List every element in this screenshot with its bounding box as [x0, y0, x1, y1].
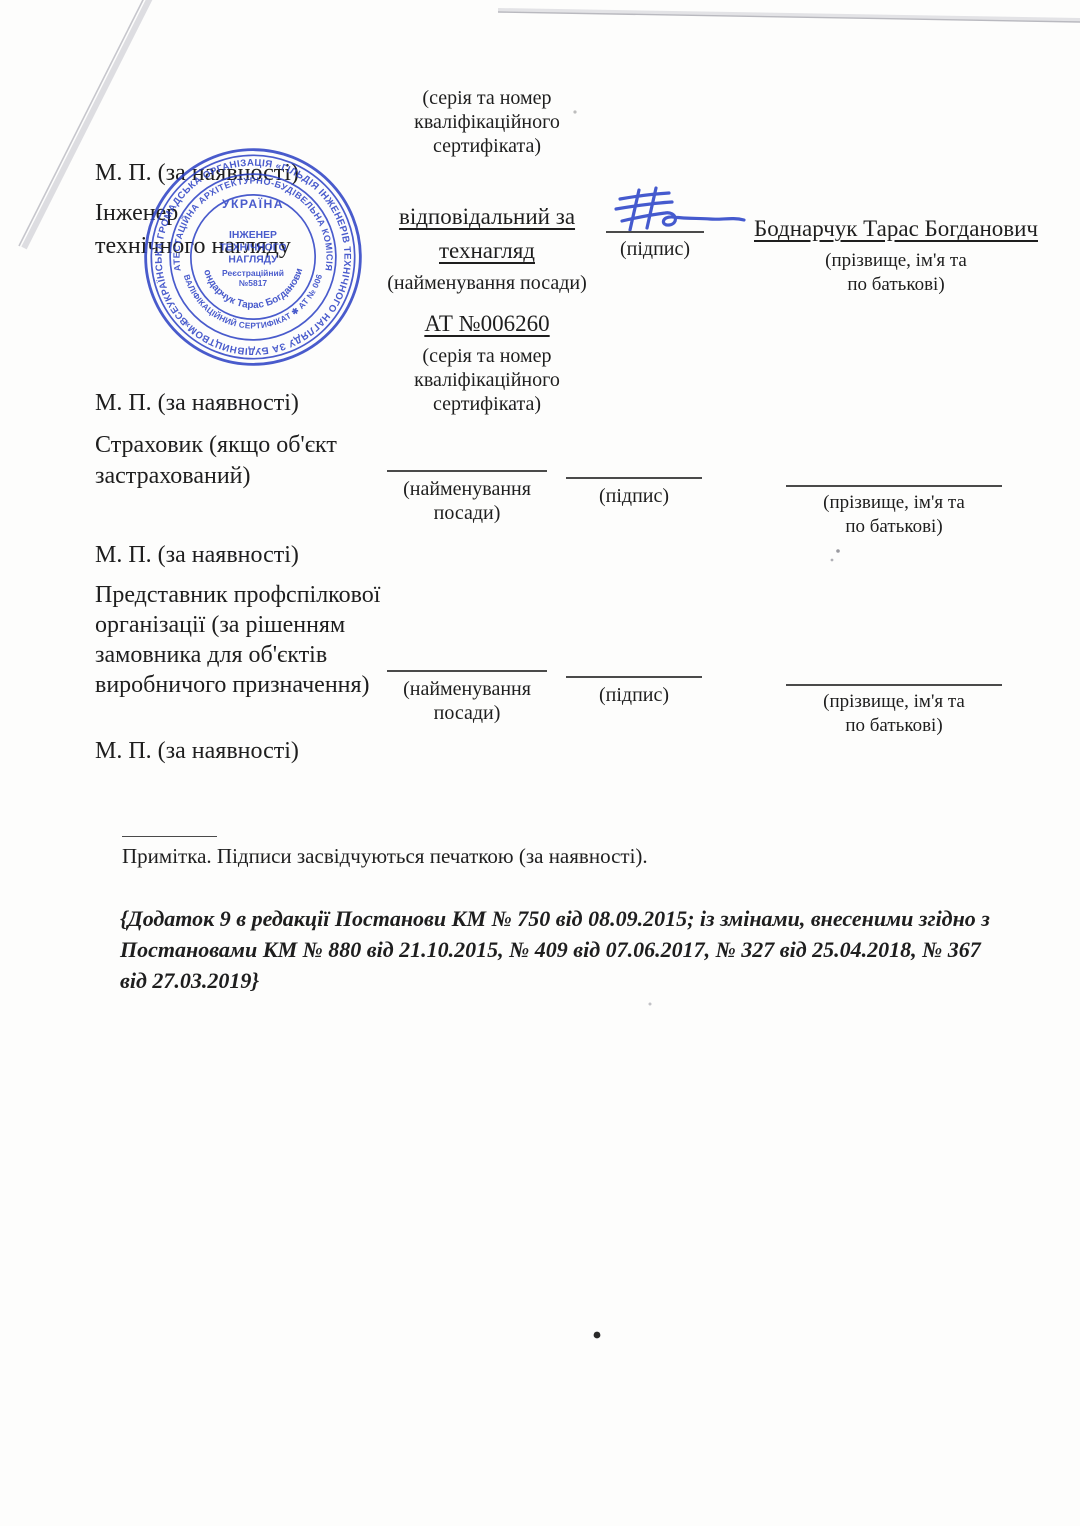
engineer-cert-caption: (серія та номер кваліфікаційного сертифі…: [372, 344, 602, 416]
insurer-name-caption: (прізвище, ім'я та по батькові): [760, 491, 1028, 539]
insurer-role: Страховик (якщо об'єкт застрахований): [95, 430, 337, 492]
top-cert-caption-line2: кваліфікаційного: [378, 110, 596, 134]
union-name-caption-line1: (прізвище, ім'я та: [760, 690, 1028, 714]
stamp-title-line1: ІНЖЕНЕР: [229, 230, 277, 241]
engineer-cert-caption-line3: сертифіката): [372, 392, 602, 416]
stamp-title-line3: НАГЛЯДУ: [228, 255, 278, 266]
insurer-role-line1: Страховик (якщо об'єкт: [95, 430, 337, 461]
engineer-name-caption-line2: по батькові): [750, 273, 1042, 297]
mp-note-insurer: М. П. (за наявності): [95, 388, 299, 419]
insurer-position-line: [387, 470, 547, 472]
union-signature-line: [566, 676, 702, 678]
note-text: Примітка. Підписи засвідчуються печаткою…: [122, 844, 882, 869]
engineer-name-caption-line1: (прізвище, ім'я та: [750, 249, 1042, 273]
insurer-signature-caption: (підпис): [566, 484, 702, 508]
engineer-name-block: Боднарчук Тарас Богданович (прізвище, ім…: [750, 212, 1042, 297]
speck-artifact: [831, 559, 834, 562]
engineer-position-line1: відповідальний за: [372, 200, 602, 234]
insurer-position-caption: (найменування посади): [370, 477, 564, 525]
round-stamp-seal: ВСЕУКРАЇНСЬКА ГРОМАДСЬКА ОРГАНІЗАЦІЯ «ГІ…: [140, 144, 366, 370]
stamp-title-line2: ТЕХНІЧНОГО: [219, 242, 286, 253]
engineer-position-block: відповідальний за технагляд (найменуванн…: [372, 200, 602, 416]
insurer-name-line: [786, 485, 1002, 487]
engineer-position-line2: технагляд: [372, 234, 602, 268]
engineer-full-name: Боднарчук Тарас Богданович: [750, 212, 1042, 246]
top-cert-caption-line1: (серія та номер: [378, 86, 596, 110]
engineer-name-caption: (прізвище, ім'я та по батькові): [750, 249, 1042, 297]
speck-artifact: [836, 549, 840, 553]
engineer-position-caption: (найменування посади): [372, 271, 602, 295]
engineer-certificate-number: АТ №006260: [372, 307, 602, 341]
top-hairline-artifact: [498, 10, 1080, 20]
union-position-line: [387, 670, 547, 672]
amendment-paragraph: {Додаток 9 в редакції Постанови КМ № 750…: [120, 903, 1012, 996]
scanned-document-page: (серія та номер кваліфікаційного сертифі…: [0, 0, 1080, 1526]
engineer-cert-caption-line2: кваліфікаційного: [372, 368, 602, 392]
speck-artifact: [649, 1003, 652, 1006]
union-rep-role-line1: Представник профспілкової: [95, 580, 380, 610]
union-name-caption: (прізвище, ім'я та по батькові): [760, 690, 1028, 738]
engineer-signature-caption: (підпис): [598, 237, 712, 261]
handwritten-signature: [608, 184, 750, 238]
engineer-cert-caption-line1: (серія та номер: [372, 344, 602, 368]
mp-note-last: М. П. (за наявності): [95, 736, 299, 767]
stamp-reg-line2: №5817: [239, 278, 268, 288]
insurer-name-caption-line1: (прізвище, ім'я та: [760, 491, 1028, 515]
mp-note-union: М. П. (за наявності): [95, 540, 299, 571]
note-rule: [122, 836, 217, 837]
union-name-line: [786, 684, 1002, 686]
insurer-role-line2: застрахований): [95, 461, 337, 492]
union-rep-role-line2: організації (за рішенням: [95, 610, 380, 640]
top-cert-caption-line3: сертифіката): [378, 134, 596, 158]
insurer-signature-line: [566, 477, 702, 479]
union-rep-role-line4: виробничого призначення): [95, 670, 380, 700]
ink-dot-artifact: [594, 1332, 601, 1339]
top-cert-caption: (серія та номер кваліфікаційного сертифі…: [378, 86, 596, 158]
insurer-name-caption-line2: по батькові): [760, 515, 1028, 539]
signature-line-engineer: [606, 231, 704, 233]
union-rep-role: Представник профспілкової організації (з…: [95, 580, 380, 700]
union-position-caption: (найменування посади): [370, 677, 564, 725]
stamp-reg-line1: Реєстраційний: [222, 268, 284, 278]
union-rep-role-line3: замовника для об'єктів: [95, 640, 380, 670]
union-signature-caption: (підпис): [566, 683, 702, 707]
stamp-country-text: УКРАЇНА: [222, 196, 284, 211]
union-name-caption-line2: по батькові): [760, 714, 1028, 738]
